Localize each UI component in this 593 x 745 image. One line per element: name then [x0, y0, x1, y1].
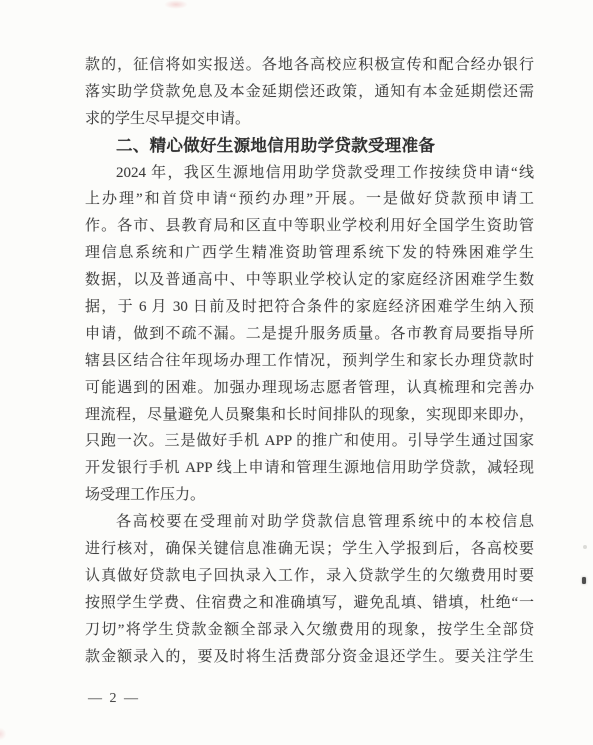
- scanned-document-page: 款的，征信将如实报送。各地各高校应积极宣传和配合经办银行 落实助学贷款免息及本金…: [0, 0, 593, 745]
- body-line: 理信息系统和广西学生精准资助管理系统下发的特殊困难学生: [85, 240, 534, 267]
- scan-speck-faint: [583, 545, 587, 549]
- body-line: 款金额录入的，要及时将生活费部分资金退还学生。要关注学生: [85, 644, 534, 671]
- body-line: 按照学生学费、住宿费之和准确填写，避免乱填、错填，杜绝“一: [85, 590, 534, 617]
- body-line: 场受理工作压力。: [85, 482, 534, 509]
- body-line: 理流程，尽量避免人员聚集和长时间排队的现象，实现即来即办，: [85, 402, 534, 429]
- body-line: 作。各市、县教育局和区直中等职业学校利用好全国学生资助管: [85, 213, 534, 240]
- body-line: 申请，做到不疏不漏。二是提升服务质量。各市教育局要指导所: [85, 321, 534, 348]
- document-body: 款的，征信将如实报送。各地各高校应积极宣传和配合经办银行 落实助学贷款免息及本金…: [85, 52, 534, 670]
- body-line: 各高校要在受理前对助学贷款信息管理系统中的本校信息: [85, 509, 534, 536]
- scan-smudge-bottom-left: [0, 728, 6, 740]
- body-line: 数据，以及普通高中、中等职业学校认定的家庭经济困难学生数: [85, 267, 534, 294]
- body-line: 进行核对，确保关键信息准确无误；学生入学报到后，各高校要: [85, 536, 534, 563]
- section-heading: 二、精心做好生源地信用助学贷款受理准备: [85, 133, 534, 160]
- body-line: 辖县区结合往年现场办理工作情况，预判学生和家长办理贷款时: [85, 348, 534, 375]
- body-line: 开发银行手机 APP 线上申请和管理生源地信用助学贷款，减轻现: [85, 455, 534, 482]
- body-line: 2024 年，我区生源地信用助学贷款受理工作按续贷申请“线: [85, 160, 534, 187]
- body-line: 上办理”和首贷申请“预约办理”开展。一是做好贷款预申请工: [85, 186, 534, 213]
- page-number: — 2 —: [88, 691, 140, 707]
- body-line: 认真做好贷款电子回执录入工作，录入贷款学生的欠缴费用时要: [85, 563, 534, 590]
- scan-smudge-top: [164, 0, 188, 9]
- body-line: 据，于 6 月 30 日前及时把符合条件的家庭经济困难学生纳入预: [85, 294, 534, 321]
- body-line: 落实助学贷款免息及本金延期偿还政策，通知有本金延期偿还需: [85, 79, 534, 106]
- body-line: 可能遇到的困难。加强办理现场志愿者管理，认真梳理和完善办: [85, 375, 534, 402]
- scan-speck-dark: [582, 577, 586, 584]
- body-line: 求的学生尽早提交申请。: [85, 106, 534, 133]
- body-line: 刀切”将学生贷款金额全部录入欠缴费用的现象，按学生全部贷: [85, 617, 534, 644]
- body-line: 款的，征信将如实报送。各地各高校应积极宣传和配合经办银行: [85, 52, 534, 79]
- body-line: 只跑一次。三是做好手机 APP 的推广和使用。引导学生通过国家: [85, 428, 534, 455]
